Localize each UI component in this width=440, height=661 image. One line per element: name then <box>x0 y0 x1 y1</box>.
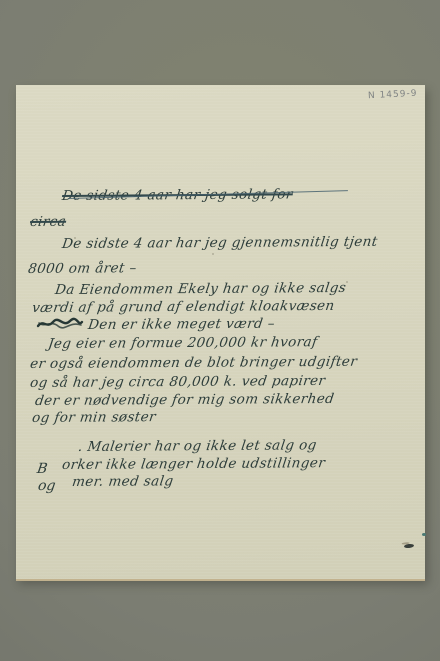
handwriting-line-8: Jeg eier en formue 200,000 kr hvoraf <box>47 336 318 351</box>
handwriting-line-10: og så har jeg circa 80,000 k. ved papire… <box>29 375 326 391</box>
handwriting-line-5: Da Eiendommen Ekely har og ikke salgs <box>54 282 347 298</box>
handwriting-line-11: der er nødvendige for mig som sikkerhed <box>34 393 335 409</box>
letter-paper: N 1459-9 De sidste 4 aar har jeg solgt f… <box>16 85 425 579</box>
photo-background: N 1459-9 De sidste 4 aar har jeg solgt f… <box>0 0 440 661</box>
ink-blot <box>404 543 414 548</box>
paper-speck <box>346 281 348 283</box>
handwriting-line-9: er også eiendommen de blot bringer udgif… <box>29 356 358 372</box>
handwriting-line-14: orker ikke længer holde udstillinger <box>61 457 326 472</box>
scribble-mark <box>36 317 84 331</box>
paper-speck <box>74 237 76 239</box>
handwriting-line-7: Den er ikke meget værd – <box>87 318 276 333</box>
handwriting-line-13: . Malerier har og ikke let salg og <box>77 439 317 454</box>
paper-speck <box>212 253 214 255</box>
handwriting-line-3: De sidste 4 aar har jeg gjennemsnitlig t… <box>61 236 378 252</box>
handwriting-line-4: 8000 om året – <box>27 262 137 276</box>
handwriting-line-2: circa <box>29 216 67 230</box>
handwriting-line-6: værdi af på grund af elendigt kloakvæsen <box>31 300 335 316</box>
edge-speck <box>422 533 426 536</box>
handwriting-line-12: og for min søster <box>31 411 157 425</box>
archive-number-label: N 1459-9 <box>367 89 417 102</box>
margin-letter-og: og <box>37 478 57 494</box>
struck-text: circa <box>29 214 67 230</box>
margin-letter-b: B <box>36 461 49 477</box>
handwriting-line-15: mer. med salg <box>71 475 174 489</box>
